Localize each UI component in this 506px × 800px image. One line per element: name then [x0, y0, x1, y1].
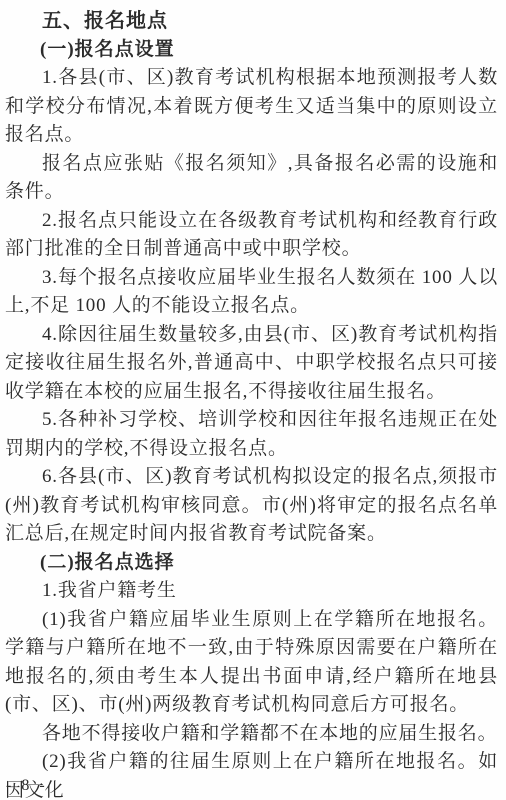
paragraph-setup-4: 4.除因往届生数量较多,由县(市、区)教育考试机构指定接收往届生报名外,普通高中… [5, 321, 498, 407]
paragraph-setup-2: 2.报名点只能设立在各级教育考试机构和经教育行政部门批准的全日制普通高中或中职学… [5, 207, 498, 264]
paragraph-setup-5: 5.各种补习学校、培训学校和因往年报名违规正在处罚期内的学校,不得设立报名点。 [5, 406, 498, 463]
paragraph-choice-1: 1.我省户籍考生 [5, 577, 498, 606]
paragraph-setup-notice: 报名点应张贴《报名须知》,具备报名必需的设施和条件。 [5, 150, 498, 207]
paragraph-choice-1-2: (2)我省户籍的往届生原则上在户籍所在地报名。如因文化 [5, 748, 498, 800]
paragraph-setup-3: 3.每个报名点接收应届毕业生报名人数须在 100 人以上,不足 100 人的不能… [5, 264, 498, 321]
paragraph-setup-6: 6.各县(市、区)教育考试机构拟设定的报名点,须报市(州)教育考试机构审核同意。… [5, 463, 498, 549]
paragraph-choice-1-1: (1)我省户籍应届毕业生原则上在学籍所在地报名。学籍与户籍所在地不一致,由于特殊… [5, 606, 498, 720]
paragraph-setup-1: 1.各县(市、区)教育考试机构根据本地预测报考人数和学校分布情况,本着既方便考生… [5, 64, 498, 150]
subsection-heading-2: (二)报名点选择 [5, 549, 498, 578]
subsection-heading-1: (一)报名点设置 [5, 36, 498, 65]
page-number: - 8 - [6, 777, 48, 795]
document-page: 五、报名地点 (一)报名点设置 1.各县(市、区)教育考试机构根据本地预测报考人… [0, 0, 506, 800]
section-heading: 五、报名地点 [5, 7, 498, 36]
paragraph-choice-note: 各地不得接收户籍和学籍都不在本地的应届生报名。 [5, 720, 498, 749]
